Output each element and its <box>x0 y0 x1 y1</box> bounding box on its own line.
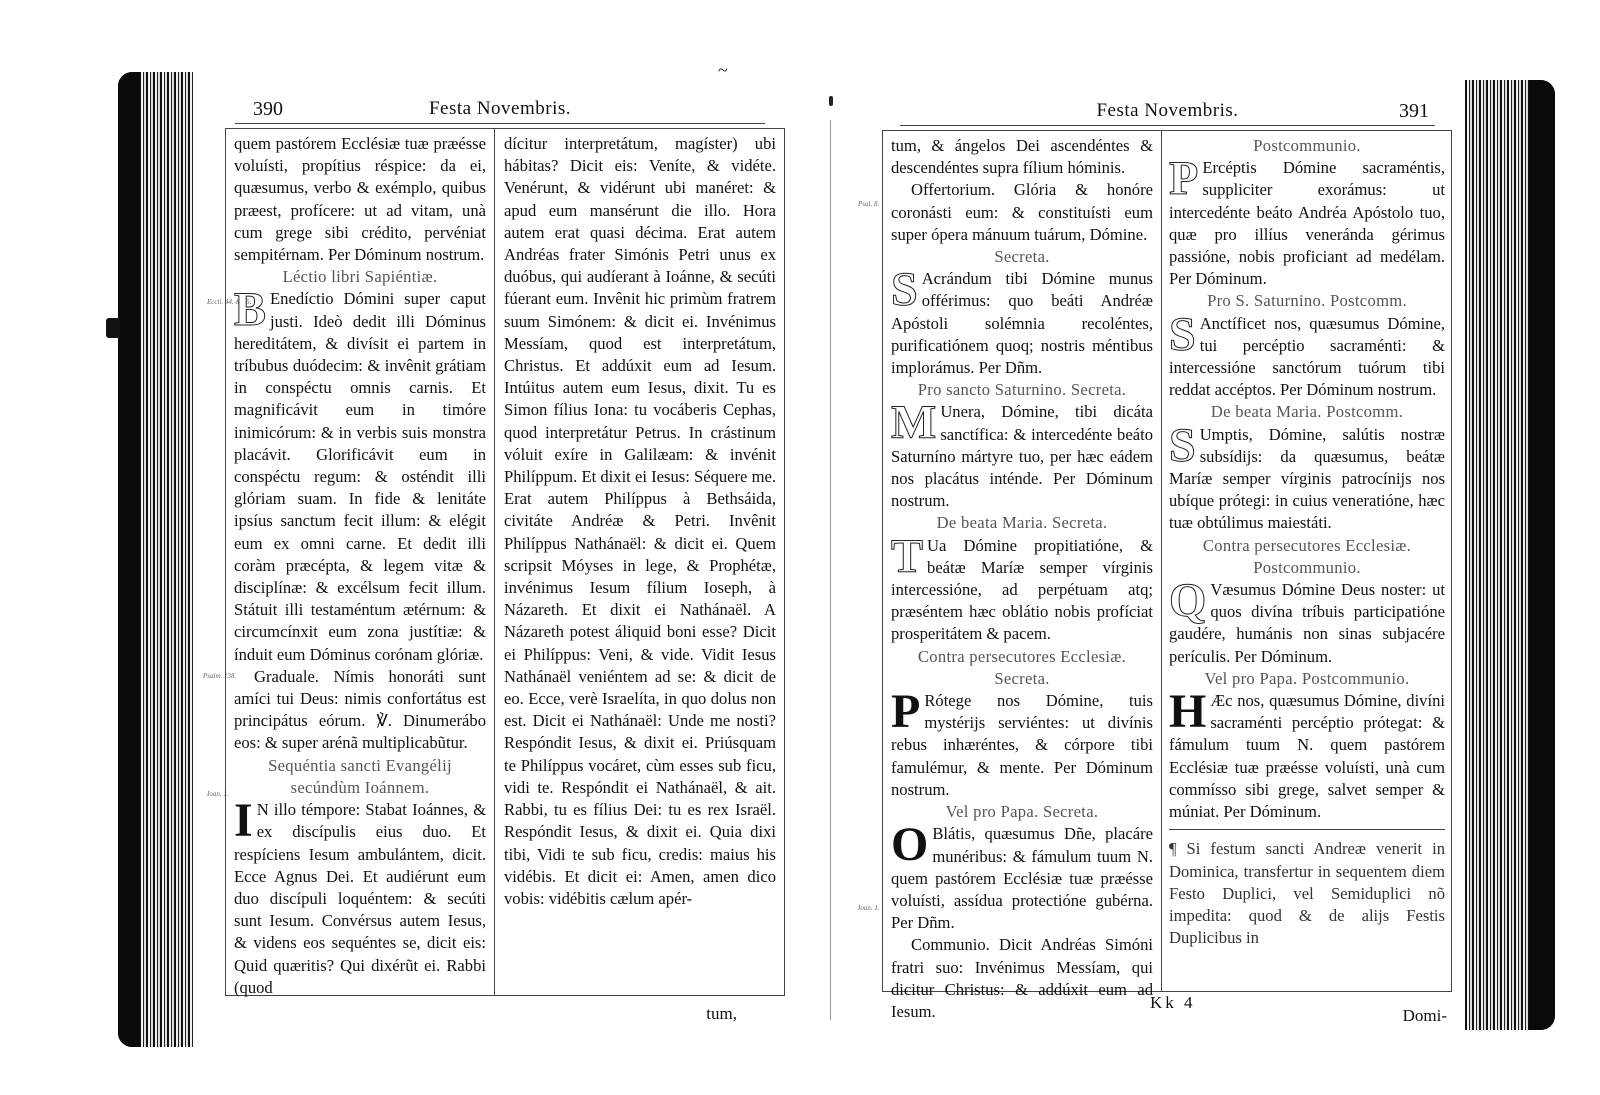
paragraph: quem pastórem Ecclésiæ tuæ præésse voluí… <box>234 133 486 266</box>
paragraph: dícitur interpretátum, magíster) ubi háb… <box>504 133 776 910</box>
drop-cap: Q <box>1169 581 1206 621</box>
right-page: Festa Novembris. 391 Psal. 8. Ioan. 1. t… <box>860 78 1465 1053</box>
rubric-maria: De beata Maria. Secreta. <box>891 512 1153 534</box>
drop-cap: H <box>1169 692 1206 732</box>
column-2: dícitur interpretátum, magíster) ubi háb… <box>504 133 776 910</box>
paragraph-saturnino-postcomm: SAnctíficet nos, quæsumus Dómine, tui pe… <box>1169 313 1445 402</box>
column-1: tum, & ángelos Dei ascendéntes & descend… <box>891 135 1153 1023</box>
book-clasp <box>106 318 120 338</box>
rubric-persecutores-postcomm: Contra persecutores Ecclesiæ. Postcommun… <box>1169 535 1445 579</box>
paragraph-maria-postcomm: SUmptis, Dómine, salútis nostræ subsídij… <box>1169 424 1445 535</box>
paragraph-persecutores: PRótege nos Dómine, tuis mystérijs servi… <box>891 690 1153 801</box>
text-frame: quem pastórem Ecclésiæ tuæ præésse voluí… <box>225 128 785 996</box>
rubrical-note: ¶ Si festum sancti Andreæ venerit in Dom… <box>1169 838 1445 949</box>
page-number: 391 <box>1399 100 1429 123</box>
margin-note: Psal. 8. <box>858 200 879 209</box>
gutter <box>830 120 831 1020</box>
drop-cap: M <box>891 403 936 443</box>
catchword: Domi- <box>1403 1006 1447 1026</box>
drop-cap: I <box>234 801 253 841</box>
column-1: quem pastórem Ecclésiæ tuæ præésse voluí… <box>234 133 486 999</box>
running-head-title: Festa Novembris. <box>900 100 1435 122</box>
rubric-papa-postcomm: Vel pro Papa. Postcommunio. <box>1169 668 1445 690</box>
rubric-papa: Vel pro Papa. Secreta. <box>891 801 1153 823</box>
rubric-evangelium: Sequéntia sancti Evangélij secúndùm Ioán… <box>234 755 486 799</box>
book-edge-right <box>1465 80 1555 1030</box>
paragraph-persecutores-postcomm: QVæsumus Dómine Deus noster: ut quos div… <box>1169 579 1445 668</box>
paragraph-graduale: Graduale. Nímis honoráti sunt amíci tui … <box>234 666 486 755</box>
rubric-saturnino-postcomm: Pro S. Saturnino. Postcomm. <box>1169 290 1445 312</box>
book-edge-left <box>118 72 193 1047</box>
drop-cap: S <box>1169 315 1196 355</box>
column-divider <box>494 129 495 995</box>
drop-cap: P <box>1169 159 1198 199</box>
paragraph-communio: Communio. Dicit Andréas Simóni fratri su… <box>891 934 1153 1023</box>
drop-cap: P <box>891 692 920 732</box>
drop-cap: O <box>891 825 928 865</box>
paragraph-maria: TUa Dómine propitiatióne, & beátæ Maríæ … <box>891 535 1153 646</box>
running-head: 390 Festa Novembris. <box>235 98 765 124</box>
paragraph-evangelium: IN illo témpore: Stabat Ioánnes, & ex di… <box>234 799 486 999</box>
signature-mark: Kk 4 <box>1150 993 1196 1013</box>
paragraph-papa: OBlátis, quæsumus Dñe, placáre munéribus… <box>891 823 1153 934</box>
rubric-lectio: Léctio libri Sapiéntiæ. <box>234 266 486 288</box>
paragraph-offertorium: Offertorium. Glória & honóre coronásti e… <box>891 179 1153 246</box>
paragraph-postcommunio: PErcéptis Dómine sacraméntis, supplicite… <box>1169 157 1445 290</box>
note-divider <box>1169 829 1445 830</box>
rubric-secreta: Secreta. <box>891 246 1153 268</box>
drop-cap: S <box>891 270 918 310</box>
drop-cap: S <box>1169 426 1196 466</box>
paragraph-secreta: SAcrándum tibi Dómine munus offérimus: q… <box>891 268 1153 379</box>
drop-cap: T <box>891 537 923 577</box>
paragraph-saturnino: MUnera, Dómine, tibi dicáta sanctífica: … <box>891 401 1153 512</box>
paragraph-lectio: BEnedíctio Dómini super caput justi. Ide… <box>234 288 486 665</box>
running-head-title: Festa Novembris. <box>235 98 765 120</box>
text-frame: tum, & ángelos Dei ascendéntes & descend… <box>882 130 1452 992</box>
left-page: 390 Festa Novembris. Eccli. 44. & 45. Ps… <box>195 76 795 1066</box>
rubric-postcommunio: Postcommunio. <box>1169 135 1445 157</box>
running-head: Festa Novembris. 391 <box>900 100 1435 126</box>
paragraph: tum, & ángelos Dei ascendéntes & descend… <box>891 135 1153 179</box>
rubric-maria-postcomm: De beata Maria. Postcomm. <box>1169 401 1445 423</box>
margin-note: Ioan. 1. <box>858 904 880 913</box>
paragraph-papa-postcomm: HÆc nos, quæsumus Dómine, divíni sacramé… <box>1169 690 1445 823</box>
column-2: Postcommunio. PErcéptis Dómine sacramént… <box>1169 135 1445 949</box>
rubric-persecutores: Contra persecutores Ecclesiæ. Secreta. <box>891 646 1153 690</box>
rubric-saturnino: Pro sancto Saturnino. Secreta. <box>891 379 1153 401</box>
column-divider <box>1161 131 1162 991</box>
drop-cap: B <box>234 290 266 330</box>
catchword: tum, <box>706 1004 737 1024</box>
gutter-mark <box>829 96 833 106</box>
